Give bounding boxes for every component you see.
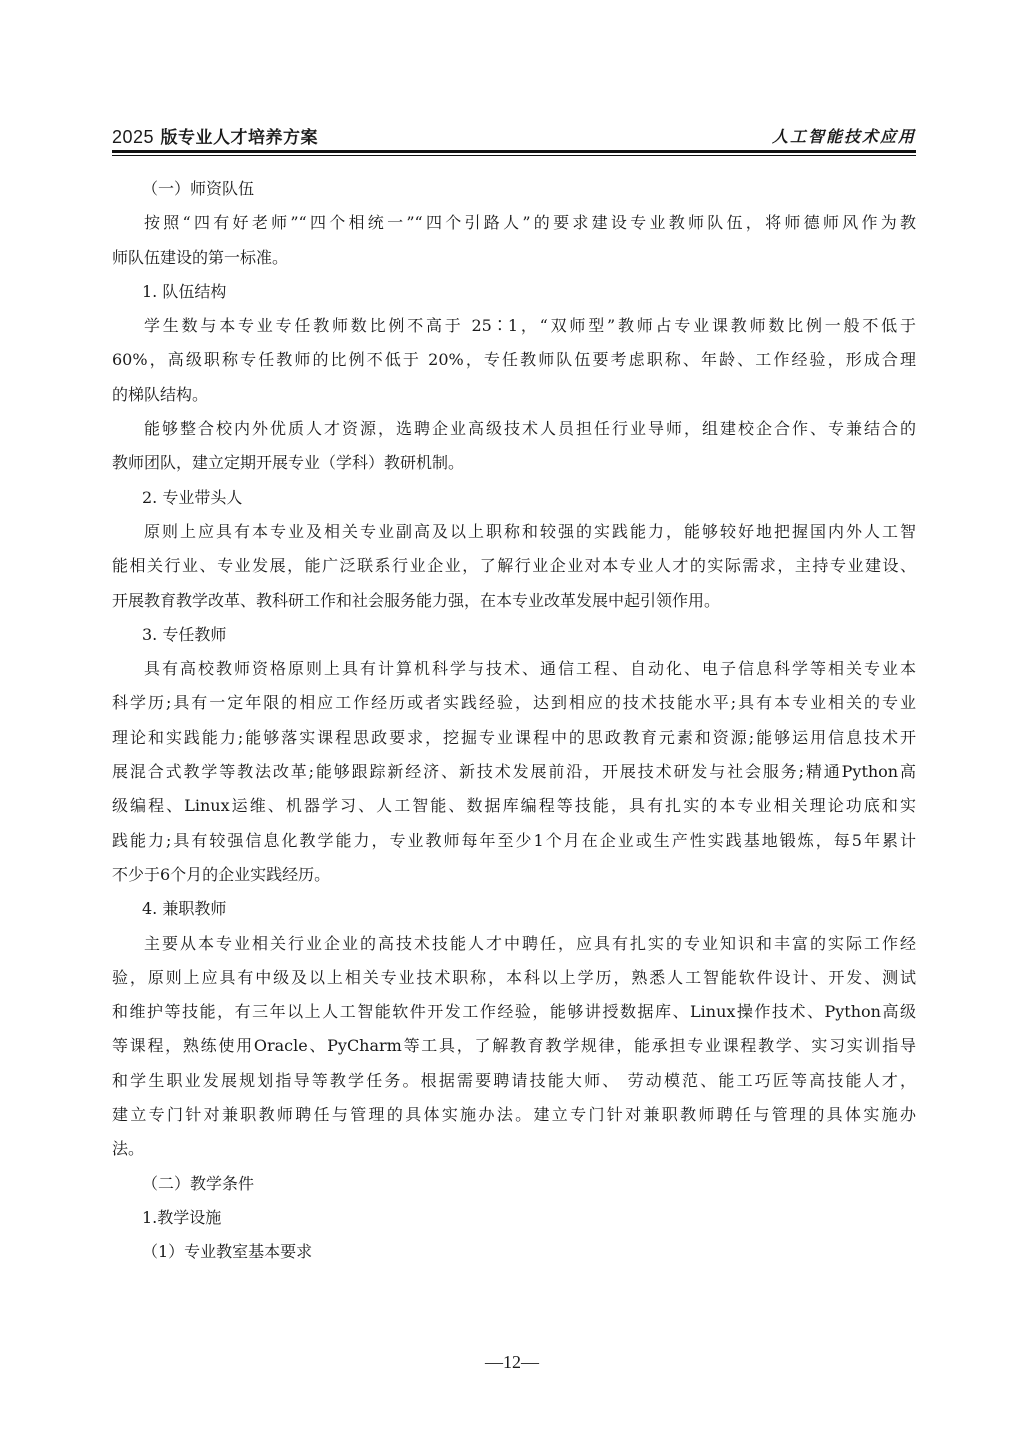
- paragraph-line: 和学生职业发展规划指导等教学任务。根据需要聘请技能大师、 劳动模范、能工巧匠等高…: [112, 1064, 916, 1098]
- paragraph-line: 能够整合校内外优质人才资源，选聘企业高级技术人员担任行业导师，组建校企合作、专兼…: [112, 412, 916, 446]
- header-rule-thin: [112, 155, 916, 156]
- subsection-heading-team-structure: 1. 队伍结构: [112, 275, 916, 309]
- subsection-heading-teaching-facilities: 1.教学设施: [112, 1201, 916, 1235]
- paragraph-line: 展混合式教学等教法改革;能够跟踪新经济、新技术发展前沿，开展技术研发与社会服务;…: [112, 755, 916, 789]
- paragraph-line: 主要从本专业相关行业企业的高技术技能人才中聘任，应具有扎实的专业知识和丰富的实际…: [112, 927, 916, 961]
- paragraph-line: 师队伍建设的第一标准。: [112, 241, 916, 275]
- paragraph-line: 科学历;具有一定年限的相应工作经历或者实践经验，达到相应的技术技能水平;具有本专…: [112, 686, 916, 720]
- paragraph-line: 开展教育教学改革、教科研工作和社会服务能力强，在本专业改革发展中起引领作用。: [112, 584, 916, 618]
- paragraph-line: 级编程、Linux运维、机器学习、人工智能、数据库编程等技能，具有扎实的本专业相…: [112, 789, 916, 823]
- paragraph-line: 按照“四有好老师”“四个相统一”“四个引路人”的要求建设专业教师队伍，将师德师风…: [112, 206, 916, 240]
- subsection-heading-parttime-teachers: 4. 兼职教师: [112, 892, 916, 926]
- header-title-text: 版专业人才培养方案: [154, 128, 318, 148]
- header-document-title: 2025 版专业人才培养方案: [112, 126, 318, 149]
- paragraph-line: 不少于6个月的企业实践经历。: [112, 858, 916, 892]
- paragraph-line: 原则上应具有本专业及相关专业副高及以上职称和较强的实践能力，能够较好地把握国内外…: [112, 515, 916, 549]
- paragraph-line: 学生数与本专业专任教师数比例不高于 25∶1，“双师型”教师占专业课教师数比例一…: [112, 309, 916, 343]
- paragraph-line: 验，原则上应具有中级及以上相关专业技术职称，本科以上学历，熟悉人工智能软件设计、…: [112, 961, 916, 995]
- paragraph-line: 教师团队，建立定期开展专业（学科）教研机制。: [112, 446, 916, 480]
- paragraph-line: 践能力;具有较强信息化教学能力，专业教师每年至少1个月在企业或生产性实践基地锻炼…: [112, 824, 916, 858]
- paragraph-line: 等课程，熟练使用Oracle、PyCharm等工具，了解教育教学规律，能承担专业…: [112, 1029, 916, 1063]
- paragraph-line: 法。: [112, 1132, 916, 1166]
- paragraph-line: 理论和实践能力;能够落实课程思政要求，挖掘专业课程中的思政教育元素和资源;能够运…: [112, 721, 916, 755]
- paragraph-line: 和维护等技能，有三年以上人工智能软件开发工作经验，能够讲授数据库、Linux操作…: [112, 995, 916, 1029]
- header-year: 2025: [112, 127, 154, 147]
- paragraph-line: 建立专门针对兼职教师聘任与管理的具体实施办法。建立专门针对兼职教师聘任与管理的具…: [112, 1098, 916, 1132]
- paragraph-line: 具有高校教师资格原则上具有计算机科学与技术、通信工程、自动化、电子信息科学等相关…: [112, 652, 916, 686]
- header-major-name: 人工智能技术应用: [772, 126, 916, 148]
- subsubsection-heading-classroom-requirements: （1）专业教室基本要求: [112, 1235, 916, 1269]
- subsection-heading-program-leader: 2. 专业带头人: [112, 481, 916, 515]
- subsection-heading-fulltime-teachers: 3. 专任教师: [112, 618, 916, 652]
- page-number: —12—: [0, 1352, 1024, 1373]
- section-heading-teaching-conditions: （二）教学条件: [112, 1167, 916, 1201]
- paragraph-line: 的梯队结构。: [112, 378, 916, 412]
- section-heading-faculty: （一）师资队伍: [112, 172, 916, 206]
- paragraph-line: 60%，高级职称专任教师的比例不低于 20%，专任教师队伍要考虑职称、年龄、工作…: [112, 343, 916, 377]
- paragraph-line: 能相关行业、专业发展，能广泛联系行业企业，了解行业企业对本专业人才的实际需求，主…: [112, 549, 916, 583]
- document-body: （一）师资队伍 按照“四有好老师”“四个相统一”“四个引路人”的要求建设专业教师…: [112, 172, 916, 1270]
- document-page: 2025 版专业人才培养方案 人工智能技术应用 （一）师资队伍 按照“四有好老师…: [0, 0, 1024, 1448]
- running-header: 2025 版专业人才培养方案 人工智能技术应用: [112, 126, 916, 150]
- header-rule-thick: [112, 150, 916, 153]
